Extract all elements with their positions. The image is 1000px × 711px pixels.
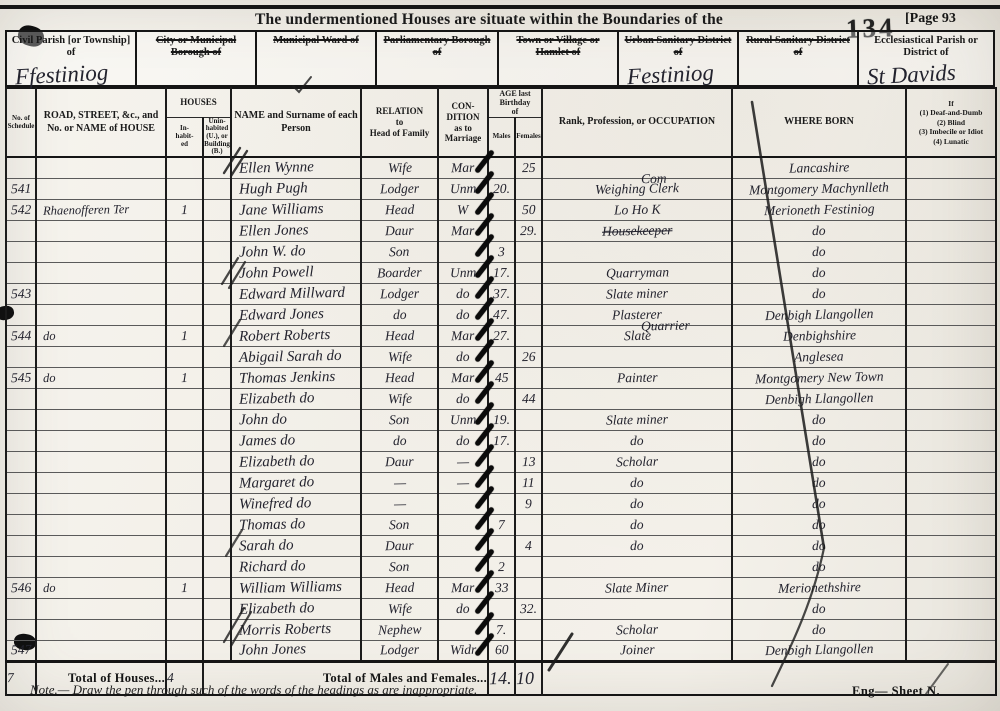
- cell-person-name: Edward Jones: [231, 304, 361, 325]
- cell-road-house-name: [36, 241, 166, 262]
- district-field-town-village: Town or Village or Hamlet of: [499, 32, 619, 85]
- cell-infirmity: [906, 283, 996, 304]
- cell-relation: Daur: [361, 535, 438, 556]
- cell-person-name: Robert Roberts: [231, 325, 361, 346]
- cell-occupation: do: [542, 514, 732, 535]
- total-females-value: 10: [515, 661, 542, 695]
- table-row: 544 do 1 Robert Roberts Head Mar 27. Sla…: [6, 325, 996, 346]
- district-field-label: Town or Village or Hamlet of: [499, 32, 617, 59]
- cell-age-female: 50: [515, 199, 542, 220]
- cell-relation: Head: [361, 367, 438, 388]
- cell-houses-inhabited: [166, 220, 203, 241]
- cell-where-born: do: [732, 430, 906, 451]
- cell-relation: Son: [361, 241, 438, 262]
- cell-infirmity: [906, 577, 996, 598]
- cell-where-born: do: [732, 619, 906, 640]
- census-table: No. of Schedule ROAD, STREET, &c., and N…: [5, 87, 997, 696]
- district-field-handwritten-value: St Davids: [866, 60, 956, 91]
- cell-infirmity: [906, 178, 996, 199]
- cell-where-born: do: [732, 598, 906, 619]
- cell-schedule-number: [6, 430, 36, 451]
- col-header-uninhabited: Unin- habited (U.), or Building (B.): [203, 117, 231, 157]
- cell-infirmity: [906, 535, 996, 556]
- cell-road-house-name: Rhaenofferen Ter: [36, 199, 166, 220]
- cell-houses-uninhabited: [203, 178, 231, 199]
- cell-person-name: Abigail Sarah do: [231, 346, 361, 367]
- cell-infirmity: [906, 241, 996, 262]
- cell-where-born: Denbigh Llangollen: [732, 640, 906, 661]
- table-row: Richard do Son 2 do: [6, 556, 996, 577]
- cell-where-born: do: [732, 556, 906, 577]
- district-field-municipal-borough: City or Municipal Borough of: [137, 32, 257, 85]
- cell-where-born: do: [732, 514, 906, 535]
- cell-condition: W: [438, 199, 488, 220]
- cell-condition: do: [438, 388, 488, 409]
- district-field-parliamentary-borough: Parliamentary Borough of: [377, 32, 499, 85]
- cell-road-house-name: do: [36, 325, 166, 346]
- occupation-inserted-word: Com: [641, 170, 667, 187]
- cell-where-born: do: [732, 535, 906, 556]
- cell-relation: Nephew: [361, 619, 438, 640]
- cell-houses-inhabited: [166, 304, 203, 325]
- cell-person-name: Morris Roberts: [231, 619, 361, 640]
- cell-schedule-number: 545: [6, 367, 36, 388]
- cell-condition: do: [438, 346, 488, 367]
- cell-age-female: [515, 367, 542, 388]
- cell-schedule-number: [6, 388, 36, 409]
- cell-relation: Lodger: [361, 640, 438, 661]
- cell-age-female: [515, 619, 542, 640]
- district-field-label: City or Municipal Borough of: [137, 32, 255, 59]
- cell-relation: Head: [361, 325, 438, 346]
- district-field-label: Ecclesiastical Parish or District of: [859, 32, 993, 59]
- page-number: [Page 93: [905, 11, 956, 27]
- col-header-name: NAME and Surname of each Person: [231, 88, 361, 157]
- table-row: 547 John Jones Lodger Widr 60 Joiner Den…: [6, 640, 996, 661]
- cell-age-female: [515, 640, 542, 661]
- cell-occupation: Painter: [542, 367, 732, 388]
- cell-schedule-number: [6, 157, 36, 178]
- cell-where-born: Merionethshire: [732, 577, 906, 598]
- cell-condition: Widr: [438, 640, 488, 661]
- cell-houses-inhabited: 1: [166, 577, 203, 598]
- cell-road-house-name: do: [36, 367, 166, 388]
- cell-person-name: John Powell: [231, 262, 361, 283]
- cell-where-born: do: [732, 220, 906, 241]
- cell-age-female: [515, 304, 542, 325]
- cell-infirmity: [906, 346, 996, 367]
- cell-where-born: do: [732, 451, 906, 472]
- cell-relation: do: [361, 430, 438, 451]
- cell-infirmity: [906, 640, 996, 661]
- cell-road-house-name: [36, 619, 166, 640]
- col-header-occupation: Rank, Profession, or OCCUPATION: [542, 88, 732, 157]
- cell-age-female: 32.: [515, 598, 542, 619]
- cell-houses-inhabited: [166, 430, 203, 451]
- cell-relation: —: [361, 493, 438, 514]
- table-row: John Powell Boarder Unm 17. Quarryman do: [6, 262, 996, 283]
- cell-relation: Daur: [361, 451, 438, 472]
- cell-schedule-number: [6, 493, 36, 514]
- cell-road-house-name: [36, 472, 166, 493]
- cell-houses-uninhabited: [203, 388, 231, 409]
- cell-occupation: [542, 157, 732, 178]
- cell-houses-inhabited: 1: [166, 325, 203, 346]
- cell-houses-uninhabited: [203, 325, 231, 346]
- cell-condition: do: [438, 283, 488, 304]
- cell-houses-uninhabited: [203, 220, 231, 241]
- census-page-scan: The undermentioned Houses are situate wi…: [0, 0, 1000, 711]
- page-banner: The undermentioned Houses are situate wi…: [215, 11, 763, 29]
- district-field-label: Urban Sanitary District of: [619, 32, 737, 59]
- table-row: Edward Jones do do 47. Plasterer Denbigh…: [6, 304, 996, 325]
- cell-infirmity: [906, 556, 996, 577]
- cell-occupation: do: [542, 430, 732, 451]
- cell-age-female: [515, 409, 542, 430]
- cell-where-born: Lancashire: [732, 157, 906, 178]
- cell-road-house-name: [36, 514, 166, 535]
- cell-houses-inhabited: [166, 472, 203, 493]
- cell-houses-uninhabited: [203, 535, 231, 556]
- cell-occupation: do: [542, 472, 732, 493]
- cell-road-house-name: [36, 640, 166, 661]
- cell-age-female: 25: [515, 157, 542, 178]
- cell-condition: Mar: [438, 157, 488, 178]
- cell-schedule-number: 546: [6, 577, 36, 598]
- cell-road-house-name: [36, 157, 166, 178]
- cell-houses-inhabited: [166, 556, 203, 577]
- cell-where-born: do: [732, 241, 906, 262]
- cell-occupation: Plasterer: [542, 304, 732, 325]
- cell-schedule-number: [6, 220, 36, 241]
- cell-person-name: Winefred do: [231, 493, 361, 514]
- cell-houses-uninhabited: [203, 346, 231, 367]
- cell-relation: Wife: [361, 598, 438, 619]
- cell-schedule-number: [6, 262, 36, 283]
- cell-person-name: Thomas do: [231, 514, 361, 535]
- cell-houses-uninhabited: [203, 619, 231, 640]
- cell-where-born: do: [732, 283, 906, 304]
- cell-infirmity: [906, 367, 996, 388]
- cell-road-house-name: [36, 409, 166, 430]
- cell-where-born: Denbighshire: [732, 325, 906, 346]
- cell-houses-inhabited: [166, 409, 203, 430]
- cell-infirmity: [906, 388, 996, 409]
- cell-road-house-name: [36, 220, 166, 241]
- cell-road-house-name: [36, 346, 166, 367]
- cell-relation: Lodger: [361, 283, 438, 304]
- district-field-label: Parliamentary Borough of: [377, 32, 497, 59]
- cell-occupation: do: [542, 535, 732, 556]
- cell-condition: Unm: [438, 262, 488, 283]
- table-row: Ellen Wynne Wife Mar 25 Lancashire: [6, 157, 996, 178]
- district-field-civil-parish: Civil Parish [or Township] ofFfestiniog: [7, 32, 137, 85]
- cell-houses-uninhabited: [203, 262, 231, 283]
- district-field-municipal-ward: Municipal Ward of: [257, 32, 377, 85]
- table-row: Winefred do — 9 do do: [6, 493, 996, 514]
- cell-occupation: Slate miner: [542, 283, 732, 304]
- cell-where-born: do: [732, 493, 906, 514]
- cell-age-female: 9: [515, 493, 542, 514]
- cell-infirmity: [906, 199, 996, 220]
- cell-houses-uninhabited: [203, 640, 231, 661]
- cell-person-name: William Williams: [231, 577, 361, 598]
- table-row: Elizabeth do Daur — 13 Scholar do: [6, 451, 996, 472]
- cell-houses-inhabited: 1: [166, 367, 203, 388]
- total-males-value: 14.: [488, 661, 515, 695]
- cell-condition: [438, 514, 488, 535]
- cell-houses-uninhabited: [203, 241, 231, 262]
- cell-condition: Mar: [438, 325, 488, 346]
- col-header-schedule: No. of Schedule: [6, 88, 36, 157]
- cell-where-born: do: [732, 262, 906, 283]
- cell-occupation: [542, 388, 732, 409]
- cell-road-house-name: [36, 598, 166, 619]
- cell-road-house-name: [36, 304, 166, 325]
- cell-condition: Mar: [438, 367, 488, 388]
- table-row: Sarah do Daur 4 do do: [6, 535, 996, 556]
- cell-relation: Daur: [361, 220, 438, 241]
- district-field-rural-sanitary: Rural Sanitary District of: [739, 32, 859, 85]
- cell-occupation: Scholar: [542, 619, 732, 640]
- cell-relation: Son: [361, 514, 438, 535]
- cell-person-name: John W. do: [231, 241, 361, 262]
- table-row: 542 Rhaenofferen Ter 1 Jane Williams Hea…: [6, 199, 996, 220]
- cell-age-female: [515, 556, 542, 577]
- cell-houses-inhabited: [166, 283, 203, 304]
- cell-condition: Unm: [438, 409, 488, 430]
- table-row: Elizabeth do Wife do 32. do: [6, 598, 996, 619]
- cell-age-female: 29.: [515, 220, 542, 241]
- cell-age-female: [515, 178, 542, 199]
- col-header-age: AGE last Birthday of: [488, 88, 542, 117]
- cell-houses-uninhabited: [203, 157, 231, 178]
- cell-infirmity: [906, 430, 996, 451]
- col-header-infirmity: If (1) Deaf-and-Dumb (2) Blind (3) Imbec…: [906, 88, 996, 157]
- cell-infirmity: [906, 493, 996, 514]
- cell-where-born: Anglesea: [732, 346, 906, 367]
- table-row: 546 do 1 William Williams Head Mar 33 Sl…: [6, 577, 996, 598]
- cell-houses-inhabited: [166, 262, 203, 283]
- cell-road-house-name: [36, 493, 166, 514]
- cell-road-house-name: [36, 430, 166, 451]
- cell-where-born: Montgomery Machynlleth: [732, 178, 906, 199]
- cell-houses-inhabited: [166, 598, 203, 619]
- cell-houses-inhabited: [166, 157, 203, 178]
- cell-person-name: Sarah do: [231, 535, 361, 556]
- table-row: Ellen Jones Daur Mar 29. Housekeeper do: [6, 220, 996, 241]
- cell-houses-inhabited: [166, 619, 203, 640]
- cell-houses-inhabited: [166, 493, 203, 514]
- cell-houses-inhabited: [166, 640, 203, 661]
- cell-houses-uninhabited: [203, 556, 231, 577]
- cell-schedule-number: [6, 304, 36, 325]
- table-row: Thomas do Son 7 do do: [6, 514, 996, 535]
- cell-condition: Mar: [438, 220, 488, 241]
- cell-occupation: Lo Ho K: [542, 199, 732, 220]
- cell-houses-uninhabited: [203, 577, 231, 598]
- col-header-where-born: WHERE BORN: [732, 88, 906, 157]
- district-field-label: Municipal Ward of: [257, 32, 375, 47]
- table-row: James do do do 17. do do: [6, 430, 996, 451]
- cell-houses-uninhabited: [203, 430, 231, 451]
- cell-occupation: Weighing ClerkCom: [542, 178, 732, 199]
- cell-occupation: Housekeeper: [542, 220, 732, 241]
- cell-houses-uninhabited: [203, 283, 231, 304]
- cell-houses-uninhabited: [203, 367, 231, 388]
- cell-relation: Wife: [361, 157, 438, 178]
- cell-age-female: 44: [515, 388, 542, 409]
- cell-infirmity: [906, 598, 996, 619]
- cell-relation: Son: [361, 556, 438, 577]
- cell-houses-inhabited: [166, 514, 203, 535]
- footer-note: Note.— Draw the pen through such of the …: [30, 682, 477, 698]
- sheet-label: Eng— Sheet N.: [852, 684, 940, 699]
- cell-age-female: 4: [515, 535, 542, 556]
- occupation-inserted-word: Quarrier: [641, 317, 690, 334]
- col-header-females: Females: [515, 117, 542, 157]
- cell-schedule-number: [6, 451, 36, 472]
- cell-houses-uninhabited: [203, 493, 231, 514]
- cell-age-female: [515, 283, 542, 304]
- cell-schedule-number: [6, 535, 36, 556]
- top-border-rule: [0, 5, 1000, 9]
- cell-schedule-number: [6, 514, 36, 535]
- col-header-relation: RELATION to Head of Family: [361, 88, 438, 157]
- cell-age-female: 11: [515, 472, 542, 493]
- cell-person-name: Hugh Pugh: [231, 178, 361, 199]
- cell-where-born: Denbigh Llangollen: [732, 304, 906, 325]
- cell-condition: [438, 493, 488, 514]
- cell-occupation: Slate miner: [542, 409, 732, 430]
- cell-person-name: Thomas Jenkins: [231, 367, 361, 388]
- cell-condition: do: [438, 598, 488, 619]
- cell-infirmity: [906, 325, 996, 346]
- cell-road-house-name: [36, 178, 166, 199]
- cell-houses-inhabited: [166, 451, 203, 472]
- cell-infirmity: [906, 451, 996, 472]
- cell-schedule-number: [6, 346, 36, 367]
- cell-condition: do: [438, 430, 488, 451]
- cell-infirmity: [906, 409, 996, 430]
- table-row: Margaret do — — 11 do do: [6, 472, 996, 493]
- cell-age-female: 13: [515, 451, 542, 472]
- cell-age-female: [515, 430, 542, 451]
- cell-schedule-number: [6, 409, 36, 430]
- cell-houses-uninhabited: [203, 199, 231, 220]
- cell-road-house-name: [36, 283, 166, 304]
- cell-houses-uninhabited: [203, 409, 231, 430]
- cell-relation: —: [361, 472, 438, 493]
- col-header-inhabited: In- habit- ed: [166, 117, 203, 157]
- table-row: 541 Hugh Pugh Lodger Unm 20. Weighing Cl…: [6, 178, 996, 199]
- district-field-label: Rural Sanitary District of: [739, 32, 857, 59]
- cell-houses-uninhabited: [203, 514, 231, 535]
- table-row: 545 do 1 Thomas Jenkins Head Mar 45 Pain…: [6, 367, 996, 388]
- cell-occupation: do: [542, 493, 732, 514]
- cell-schedule-number: [6, 598, 36, 619]
- cell-houses-uninhabited: [203, 304, 231, 325]
- cell-road-house-name: [36, 388, 166, 409]
- cell-relation: do: [361, 304, 438, 325]
- cell-person-name: Elizabeth do: [231, 388, 361, 409]
- cell-road-house-name: [36, 535, 166, 556]
- cell-relation: Wife: [361, 388, 438, 409]
- cell-occupation: [542, 598, 732, 619]
- cell-infirmity: [906, 514, 996, 535]
- cell-road-house-name: [36, 262, 166, 283]
- table-row: Morris Roberts Nephew 7. Scholar do: [6, 619, 996, 640]
- district-field-ecclesiastical: Ecclesiastical Parish or District ofSt D…: [859, 32, 993, 85]
- cell-occupation: Quarryman: [542, 262, 732, 283]
- cell-condition: do: [438, 304, 488, 325]
- cell-age-female: [515, 514, 542, 535]
- cell-road-house-name: [36, 451, 166, 472]
- cell-infirmity: [906, 619, 996, 640]
- cell-condition: [438, 556, 488, 577]
- cell-condition: Mar: [438, 577, 488, 598]
- district-header-band: Civil Parish [or Township] ofFfestiniogC…: [5, 30, 995, 87]
- cell-schedule-number: [6, 619, 36, 640]
- cell-occupation: Slate Miner: [542, 577, 732, 598]
- cell-where-born: Montgomery New Town: [732, 367, 906, 388]
- cell-occupation: [542, 556, 732, 577]
- cell-age-male: 60: [488, 640, 515, 661]
- cell-occupation: SlateQuarrier: [542, 325, 732, 346]
- cell-houses-inhabited: 1: [166, 199, 203, 220]
- cell-infirmity: [906, 220, 996, 241]
- cell-person-name: Edward Millward: [231, 283, 361, 304]
- cell-relation: Head: [361, 199, 438, 220]
- cell-person-name: Ellen Jones: [231, 220, 361, 241]
- cell-houses-uninhabited: [203, 598, 231, 619]
- cell-relation: Head: [361, 577, 438, 598]
- district-field-handwritten-value: Ffestiniog: [14, 60, 109, 91]
- cell-schedule-number: 541: [6, 178, 36, 199]
- col-header-houses: HOUSES: [166, 88, 231, 117]
- cell-person-name: Elizabeth do: [231, 598, 361, 619]
- district-field-handwritten-value: Festiniog: [626, 60, 714, 91]
- cell-relation: Boarder: [361, 262, 438, 283]
- cell-where-born: do: [732, 472, 906, 493]
- cell-condition: Unm: [438, 178, 488, 199]
- cell-infirmity: [906, 304, 996, 325]
- cell-age-female: [515, 325, 542, 346]
- cell-condition: —: [438, 472, 488, 493]
- cell-condition: [438, 535, 488, 556]
- cell-relation: Lodger: [361, 178, 438, 199]
- table-row: John W. do Son 3 do: [6, 241, 996, 262]
- cell-occupation: [542, 241, 732, 262]
- cell-person-name: Richard do: [231, 556, 361, 577]
- table-row: 543 Edward Millward Lodger do 37. Slate …: [6, 283, 996, 304]
- col-header-road: ROAD, STREET, &c., and No. or NAME of HO…: [36, 88, 166, 157]
- cell-age-female: [515, 577, 542, 598]
- cell-person-name: Margaret do: [231, 472, 361, 493]
- col-header-condition: CON- DITION as to Marriage: [438, 88, 488, 157]
- cell-infirmity: [906, 472, 996, 493]
- cell-person-name: John Jones: [231, 640, 361, 661]
- cell-schedule-number: [6, 472, 36, 493]
- cell-houses-inhabited: [166, 346, 203, 367]
- cell-schedule-number: 544: [6, 325, 36, 346]
- district-field-urban-sanitary: Urban Sanitary District ofFestiniog: [619, 32, 739, 85]
- cell-where-born: Denbigh Llangollen: [732, 388, 906, 409]
- cell-person-name: Ellen Wynne: [231, 157, 361, 178]
- cell-schedule-number: 543: [6, 283, 36, 304]
- cell-road-house-name: [36, 556, 166, 577]
- cell-person-name: James do: [231, 430, 361, 451]
